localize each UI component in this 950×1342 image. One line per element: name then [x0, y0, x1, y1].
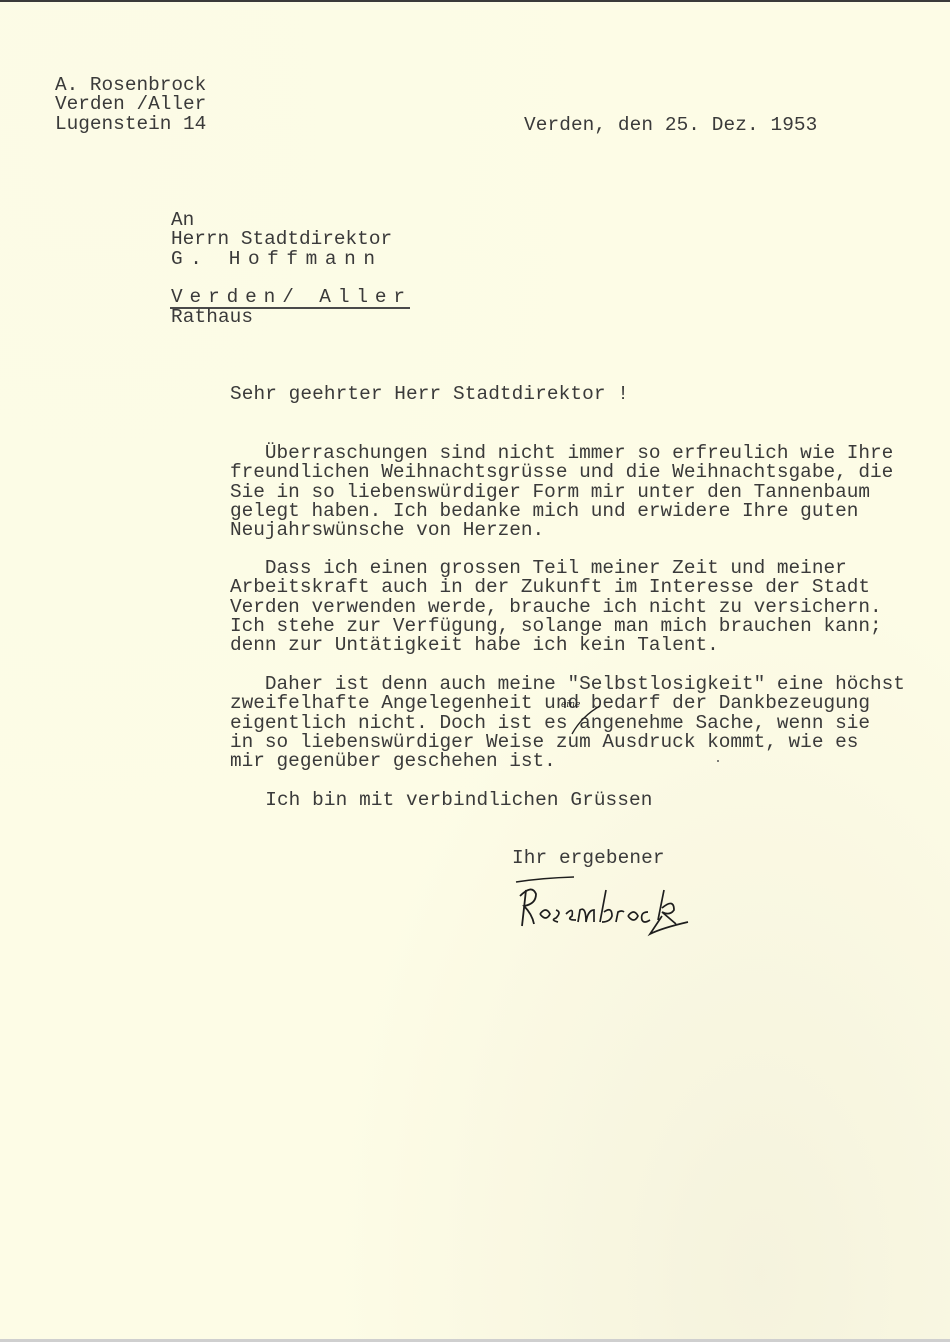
body-paragraph-2: Dass ich einen grossen Teil meiner Zeit …: [230, 559, 882, 655]
letter-paper: [0, 0, 950, 1342]
date-line: Verden, den 25. Dez. 1953: [524, 116, 817, 135]
salutation: Sehr geehrter Herr Stadtdirektor !: [230, 385, 629, 404]
closing-line: Ich bin mit verbindlichen Grüssen: [230, 791, 653, 810]
recipient-title: Herrn Stadtdirektor: [171, 230, 392, 249]
ink-dot: [717, 760, 719, 762]
paragraph-line: denn zur Untätigkeit habe ich kein Talen…: [230, 636, 882, 655]
paragraph-line: Neujahrswünsche von Herzen.: [230, 521, 893, 540]
recipient-name: G. Hoffmann: [171, 250, 392, 269]
sender-address: A. Rosenbrock Verden /Aller Lugenstein 1…: [55, 76, 206, 134]
valediction: Ihr ergebener: [512, 849, 665, 868]
recipient-address: An Herrn Stadtdirektor G. Hoffmann: [171, 211, 392, 269]
sender-city: Verden /Aller: [55, 95, 206, 114]
insertion-caret-stroke: [560, 700, 620, 736]
paragraph-line: freundlichen Weihnachtsgrüsse und die We…: [230, 463, 893, 482]
paragraph-line: Arbeitskraft auch in der Zukunft im Inte…: [230, 578, 882, 597]
paragraph-line: Sie in so liebenswürdiger Form mir unter…: [230, 483, 893, 502]
signature: Rosenbrock: [512, 868, 697, 938]
body-paragraph-1: Überraschungen sind nicht immer so erfre…: [230, 444, 893, 540]
recipient-city: Verden/ Aller: [171, 288, 412, 307]
paragraph-line: Verden verwenden werde, brauche ich nich…: [230, 598, 882, 617]
sender-street: Lugenstein 14: [55, 115, 206, 134]
paragraph-line: mir gegenüber geschehen ist.: [230, 752, 905, 771]
scan-top-edge: [0, 0, 950, 2]
recipient-building: Rathaus: [171, 308, 253, 327]
